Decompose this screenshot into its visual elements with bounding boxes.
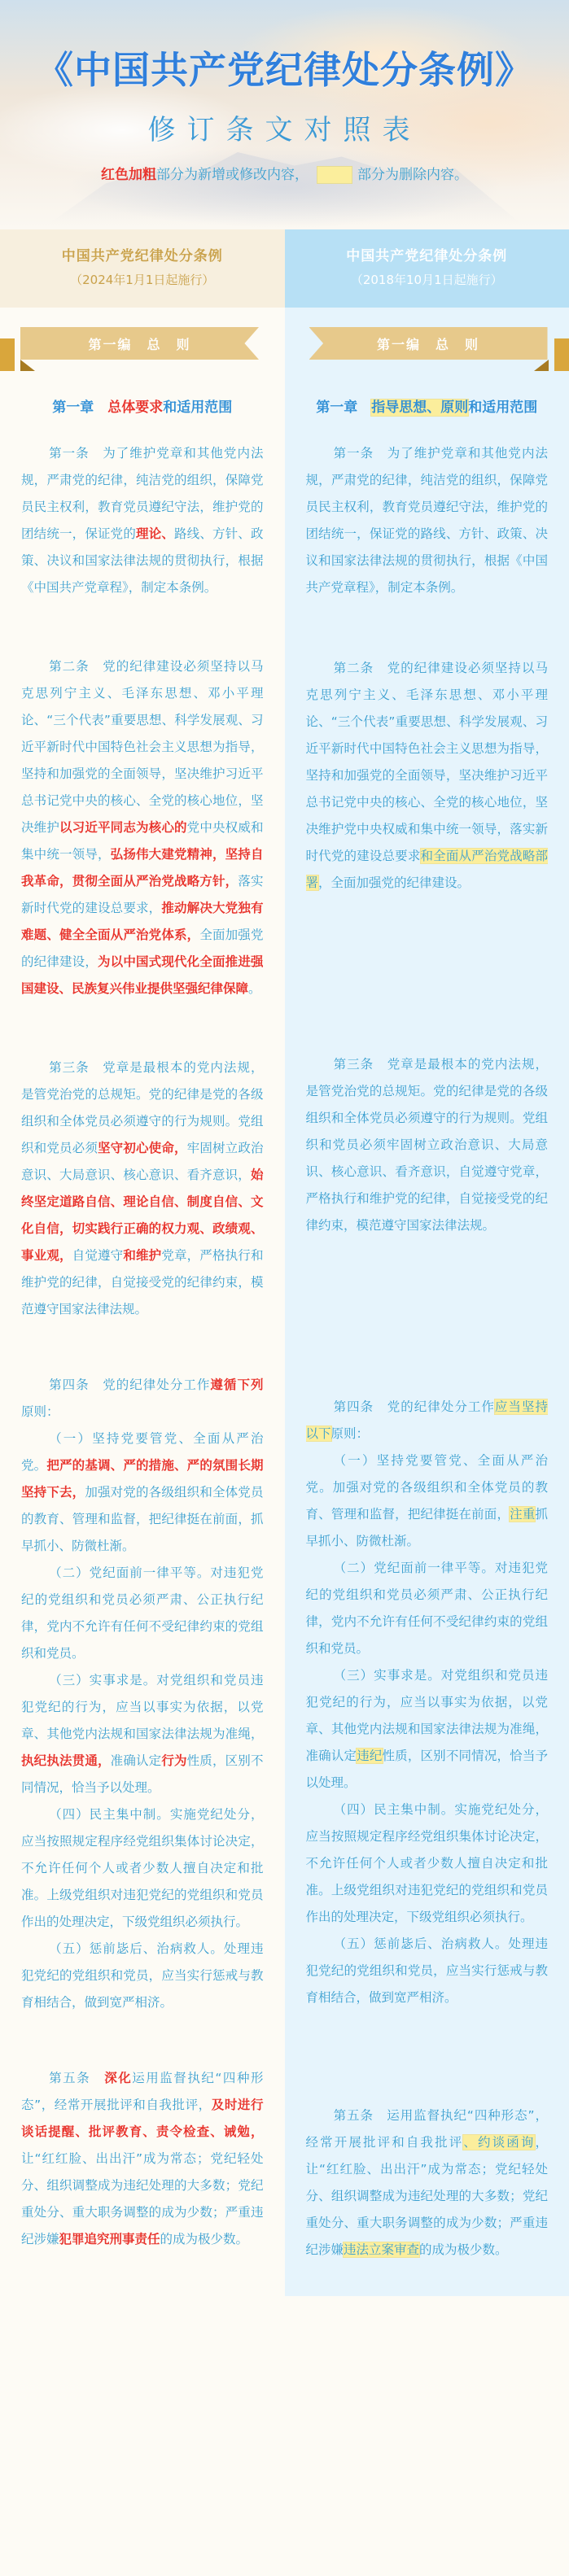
deleted-text: 注重 <box>510 1507 535 1522</box>
legend-deleted-swatch <box>317 166 352 184</box>
added-text: 深化 <box>104 2071 132 2085</box>
article-paragraph: （一）坚持党要管党、全面从严治党。把严的基调、严的措施、严的氛围长期坚持下去，加… <box>21 1426 264 1560</box>
text-segment: ，让“红红脸、出出汗”成为常态；党纪轻处分、组织调整成为违纪处理的大多数；党纪重… <box>306 2135 549 2257</box>
article-2: 第二条 党的纪律建设必须坚持以马克思列宁主义、毛泽东思想、邓小平理论、“三个代表… <box>0 653 285 1002</box>
ribbon-fold <box>0 338 15 371</box>
added-text: 总体要求 <box>107 399 163 416</box>
text-segment: 第三条 党章是最根本的党内法规，是管党治党的总规矩。党的纪律是党的各级组织和全体… <box>306 1057 549 1233</box>
text-segment: （五）惩前毖后、治病救人。处理违犯党纪的党组织和党员，应当实行惩戒与教育相结合，… <box>21 1941 264 2010</box>
text-segment: 第二条 党的纪律建设必须坚持以马克思列宁主义、毛泽东思想、邓小平理论、“三个代表… <box>21 659 264 835</box>
part-ribbon: 第一编 总 则 <box>0 308 285 381</box>
text-segment: 第一章 <box>52 399 107 416</box>
article-paragraph: （四）民主集中制。实施党纪处分，应当按照规定程序经党组织集体讨论决定，不允许任何… <box>306 1797 549 1931</box>
text-segment: （三）实事求是。对党组织和党员违犯党纪的行为，应当以事实为依据，以党章、其他党内… <box>21 1673 264 1741</box>
column-header-2024: 中国共产党纪律处分条例 （2024年1月1日起施行） <box>0 229 285 308</box>
column-2024: 中国共产党纪律处分条例 （2024年1月1日起施行） 第一编 总 则 第一章 总… <box>0 229 285 2296</box>
added-text: 遵循下列 <box>210 1378 263 1392</box>
legend: 红色加粗部分为新增或修改内容，部分为删除内容。 <box>0 163 569 184</box>
ribbon-fold-shadow <box>534 360 549 371</box>
articles-list: 第一条 为了维护党章和其他党内法规，严肃党的纪律，纯洁党的组织，保障党员民主权利… <box>285 440 569 2264</box>
page-title: 《中国共产党纪律处分条例》 <box>0 41 569 94</box>
article-paragraph: 第一条 为了维护党章和其他党内法规，严肃党的纪律，纯洁党的组织，保障党员民主权利… <box>306 440 549 601</box>
column-effective-date: （2024年1月1日起施行） <box>0 271 285 288</box>
text-segment: 和适用范围 <box>468 399 537 416</box>
article-1: 第一条 为了维护党章和其他党内法规，严肃党的纪律，纯洁党的组织，保障党员民主权利… <box>285 440 569 601</box>
column-title: 中国共产党纪律处分条例 <box>0 244 285 264</box>
article-paragraph: （一）坚持党要管党、全面从严治党。加强对党的各级组织和全体党员的教育、管理和监督… <box>306 1447 549 1555</box>
text-segment: （四）民主集中制。实施党纪处分，应当按照规定程序经党组织集体讨论决定，不允许任何… <box>306 1802 549 1924</box>
added-text: 和维护 <box>123 1248 161 1263</box>
article-paragraph: 第二条 党的纪律建设必须坚持以马克思列宁主义、毛泽东思想、邓小平理论、“三个代表… <box>21 653 264 1002</box>
chapter-title: 第一章 总体要求和适用范围 <box>0 381 285 440</box>
ribbon-fold-shadow <box>20 360 35 371</box>
article-paragraph: （二）党纪面前一律平等。对违犯党纪的党组织和党员必须严肃、公正执行纪律，党内不允… <box>306 1555 549 1662</box>
text-segment: 第二条 党的纪律建设必须坚持以马克思列宁主义、毛泽东思想、邓小平理论、“三个代表… <box>306 661 549 863</box>
text-segment: 的成为极少数。 <box>419 2242 508 2257</box>
text-segment: 的成为极少数。 <box>160 2232 249 2246</box>
article-paragraph: 第三条 党章是最根本的党内法规，是管党治党的总规矩。党的纪律是党的各级组织和全体… <box>21 1054 264 1323</box>
legend-added-label: 红色加粗 <box>101 167 156 183</box>
article-paragraph: （五）惩前毖后、治病救人。处理违犯党纪的党组织和党员，应当实行惩戒与教育相结合，… <box>21 1936 264 2016</box>
column-2018: 中国共产党纪律处分条例 （2018年10月1日起施行） 第一编 总 则 第一章 … <box>285 229 569 2296</box>
text-segment: （五）惩前毖后、治病救人。处理违犯党纪的党组织和党员，应当实行惩戒与教育相结合，… <box>306 1936 549 2005</box>
deleted-text: 指导思想、原则 <box>371 399 468 416</box>
column-header-2018: 中国共产党纪律处分条例 （2018年10月1日起施行） <box>285 229 569 308</box>
article-paragraph: 第五条 运用监督执纪“四种形态”，经常开展批评和自我批评、约谈函询，让“红红脸、… <box>306 2102 549 2264</box>
article-3: 第三条 党章是最根本的党内法规，是管党治党的总规矩。党的纪律是党的各级组织和全体… <box>285 1051 569 1239</box>
text-segment: 。 <box>248 981 261 996</box>
article-5: 第五条 运用监督执纪“四种形态”，经常开展批评和自我批评、约谈函询，让“红红脸、… <box>285 2102 569 2264</box>
text-segment: （四）民主集中制。实施党纪处分，应当按照规定程序经党组织集体讨论决定，不允许任何… <box>21 1807 264 1929</box>
text-segment: 原则： <box>21 1404 59 1419</box>
column-effective-date: （2018年10月1日起施行） <box>285 271 569 288</box>
text-segment: （二）党纪面前一律平等。对违犯党纪的党组织和党员必须严肃、公正执行纪律，党内不允… <box>306 1561 549 1656</box>
article-paragraph: （三）实事求是。对党组织和党员违犯党纪的行为，应当以事实为依据，以党章、其他党内… <box>306 1662 549 1797</box>
article-3: 第三条 党章是最根本的党内法规，是管党治党的总规矩。党的纪律是党的各级组织和全体… <box>0 1054 285 1323</box>
text-segment: 第五条 <box>49 2071 104 2085</box>
text-segment: ，全面加强党的纪律建设。 <box>318 875 470 890</box>
article-2: 第二条 党的纪律建设必须坚持以马克思列宁主义、毛泽东思想、邓小平理论、“三个代表… <box>285 655 569 897</box>
part-title: 第一编 总 则 <box>20 327 259 360</box>
deleted-text: 违法立案审查 <box>344 2242 419 2257</box>
text-segment: 第四条 党的纪律处分工作 <box>334 1399 495 1414</box>
text-segment: 第一章 <box>316 399 371 416</box>
article-4: 第四条 党的纪律处分工作遵循下列原则：（一）坚持党要管党、全面从严治党。把严的基… <box>0 1372 285 2016</box>
article-paragraph: 第三条 党章是最根本的党内法规，是管党治党的总规矩。党的纪律是党的各级组织和全体… <box>306 1051 549 1239</box>
chapter-title: 第一章 指导思想、原则和适用范围 <box>285 381 569 440</box>
text-segment: 准确认定 <box>111 1753 162 1768</box>
text-segment: 和适用范围 <box>163 399 232 416</box>
part-ribbon: 第一编 总 则 <box>285 308 569 381</box>
article-paragraph: （四）民主集中制。实施党纪处分，应当按照规定程序经党组织集体讨论决定，不允许任何… <box>21 1801 264 1936</box>
article-paragraph: （五）惩前毖后、治病救人。处理违犯党纪的党组织和党员，应当实行惩戒与教育相结合，… <box>306 1931 549 2011</box>
article-1: 第一条 为了维护党章和其他党内法规，严肃党的纪律，纯洁党的组织，保障党员民主权利… <box>0 440 285 601</box>
column-title: 中国共产党纪律处分条例 <box>285 244 569 264</box>
text-segment: （二）党纪面前一律平等。对违犯党纪的党组织和党员必须严肃、公正执行纪律，党内不允… <box>21 1565 264 1661</box>
article-5: 第五条 深化运用监督执纪“四种形态”，经常开展批评和自我批评，及时进行谈话提醒、… <box>0 2065 285 2253</box>
text-segment: 第四条 党的纪律处分工作 <box>49 1378 210 1392</box>
comparison-table: 中国共产党纪律处分条例 （2024年1月1日起施行） 第一编 总 则 第一章 总… <box>0 229 569 2296</box>
ribbon-fold <box>554 338 569 371</box>
text-segment: 自觉遵守 <box>72 1248 124 1263</box>
part-title: 第一编 总 则 <box>309 327 548 360</box>
added-text: 行为 <box>161 1753 186 1768</box>
added-text: 犯罪追究刑事责任 <box>59 2232 160 2246</box>
article-paragraph: 第四条 党的纪律处分工作应当坚持以下原则： <box>306 1394 549 1447</box>
deleted-text: 违纪 <box>357 1749 382 1763</box>
added-text: 执纪执法贯通， <box>21 1753 111 1768</box>
article-paragraph: 第五条 深化运用监督执纪“四种形态”，经常开展批评和自我批评，及时进行谈话提醒、… <box>21 2065 264 2253</box>
deleted-text: 、约谈函询 <box>463 2135 535 2150</box>
article-4: 第四条 党的纪律处分工作应当坚持以下原则：（一）坚持党要管党、全面从严治党。加强… <box>285 1394 569 2011</box>
article-paragraph: 第二条 党的纪律建设必须坚持以马克思列宁主义、毛泽东思想、邓小平理论、“三个代表… <box>306 655 549 897</box>
added-text: 理论、 <box>136 526 174 541</box>
article-paragraph: 第四条 党的纪律处分工作遵循下列原则： <box>21 1372 264 1426</box>
added-text: 以习近平同志为核心的 <box>59 820 187 835</box>
text-segment: 第一条 为了维护党章和其他党内法规，严肃党的纪律，纯洁党的组织，保障党员民主权利… <box>306 446 549 595</box>
articles-list: 第一条 为了维护党章和其他党内法规，严肃党的纪律，纯洁党的组织，保障党员民主权利… <box>0 440 285 2253</box>
article-paragraph: 第一条 为了维护党章和其他党内法规，严肃党的纪律，纯洁党的组织，保障党员民主权利… <box>21 440 264 601</box>
header-banner: 《中国共产党纪律处分条例》 修订条文对照表 红色加粗部分为新增或修改内容，部分为… <box>0 0 569 229</box>
legend-deleted-desc: 部分为删除内容。 <box>357 167 468 183</box>
text-segment: 原则： <box>331 1426 370 1441</box>
page-subtitle: 修订条文对照表 <box>0 107 569 147</box>
added-text: 坚守初心使命， <box>98 1141 187 1155</box>
article-paragraph: （二）党纪面前一律平等。对违犯党纪的党组织和党员必须严肃、公正执行纪律，党内不允… <box>21 1560 264 1667</box>
legend-added-desc: 部分为新增或修改内容， <box>156 167 309 183</box>
article-paragraph: （三）实事求是。对党组织和党员违犯党纪的行为，应当以事实为依据，以党章、其他党内… <box>21 1667 264 1801</box>
